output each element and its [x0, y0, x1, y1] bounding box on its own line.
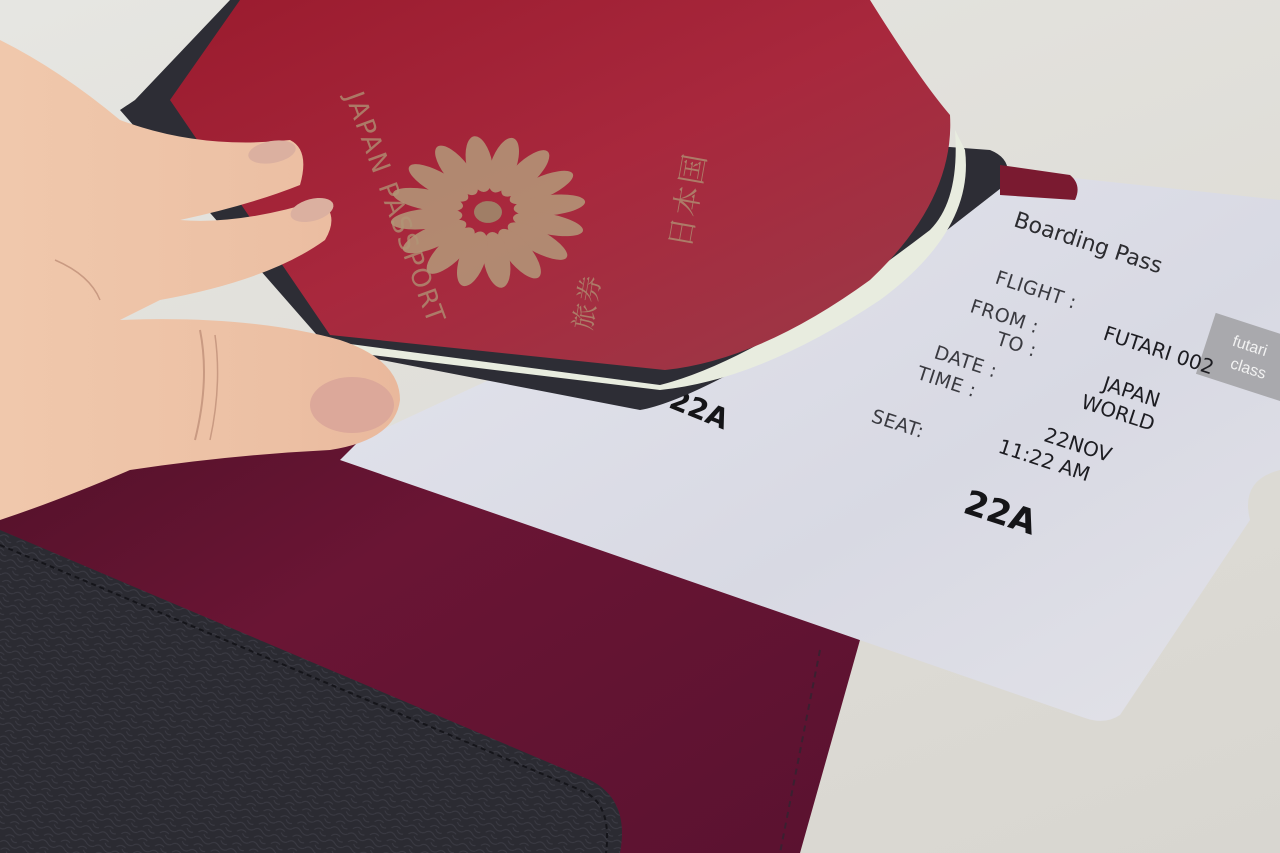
thumb-nail [310, 377, 394, 433]
photo-scene: 22A Boarding Pass futari class FLIGHT : … [0, 0, 1280, 853]
